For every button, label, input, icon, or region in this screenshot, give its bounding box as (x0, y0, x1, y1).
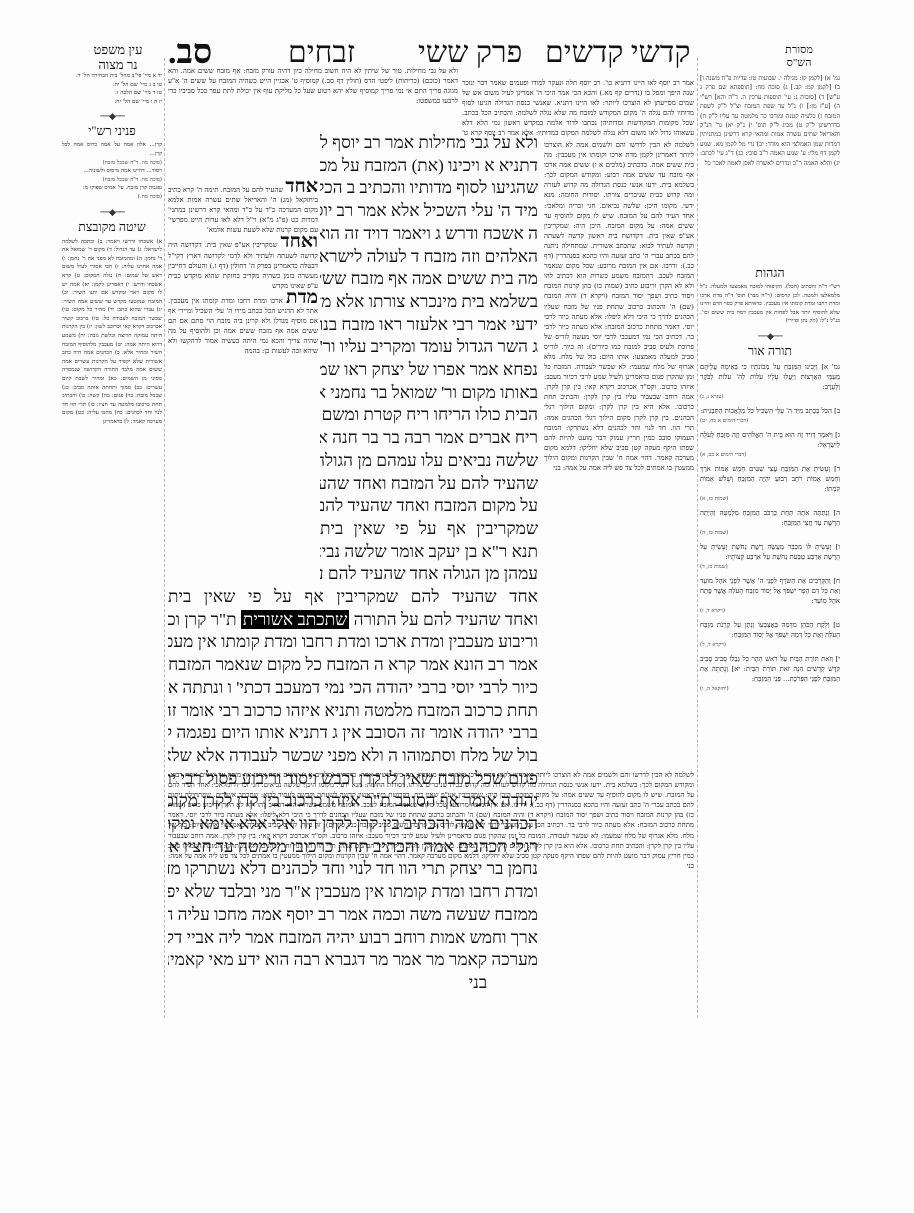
torah-or-verse: ו] וְעָשִׂיתָ לּוֹ מִכְבָּר מַעֲשֵׂה רֶש… (700, 542, 840, 572)
peninei-rashi-item: קרן... אלון אמה על אמה כרוס אמה לכל קרן.… (62, 141, 162, 158)
ein-mishpat-item: טו ב ג מיי' שם הל' יח: (62, 81, 162, 90)
verse-ref: (יחזקאל ה, ו) (700, 684, 840, 694)
ein-mishpat-item: יז ה ו מיי' שם הל' יח: (62, 98, 162, 107)
hagahot-title: הגהות (700, 266, 840, 281)
gemara-line: מיד ה' עלי השכיל אלא אמר רב יוסף קרא (320, 200, 538, 223)
peninei-rashi-title: פניני רש"י (62, 124, 162, 139)
peninei-rashi-list: קרן... אלון אמה על אמה כרוס אמה לכל קרן.… (62, 141, 162, 201)
torah-or-verse: גמ' א] וַיָּכִינוּ הַמִּזְבֵּחַ עַל מְכו… (700, 362, 840, 402)
torah-or-list: גמ' א] וַיָּכִינוּ הַמִּזְבֵּחַ עַל מְכו… (700, 362, 840, 694)
peninei-rashi-ref: (סוכה מח.) (62, 193, 162, 202)
torah-or-verse: ה] וְנָתַתָּה אֹתָהּ תַּחַת כַּרְכֹּב הַ… (700, 508, 840, 538)
mesoret-title: מסורת (764, 44, 834, 57)
chapter-name: קדשי קדשים (545, 38, 690, 68)
gemara-line-highlight: ואחד שהעיד להם על התורה שתכתב אשורית ת"ר… (168, 609, 538, 632)
rashi-text: לשלמה לא הבין לדרשו והם ולשמים אמה לא הו… (544, 141, 694, 472)
gemara-line: מה בית ששים אמה אף מזבח ששים אמה (320, 268, 538, 291)
ornament-divider-icon: ──◆── (700, 332, 840, 342)
gemara-line: ריח אברים אמר רבה בר בר חנה א"ר יוחנן (320, 427, 538, 450)
shita-mekubetzet-text: א) אשכחו ודרשו ויאמר: ב) וכתבה לשלמה ליש… (62, 238, 162, 878)
gemara-line: שמקריבין אף על פי שאין בית (320, 518, 538, 541)
ein-mishpat-item: טז ד מיי' שם הלכה ז: (62, 89, 162, 98)
verse-text: ג] וַיֹּאמֶר דָּוִיד זֶה הוּא בֵּית ה' ה… (700, 431, 840, 449)
ein-mishpat-item: יד א מיי' פי"ב מהל' בית הבחירה הל' ד: (62, 72, 162, 81)
verse-text: גמ' א] וַיָּכִינוּ הַמִּזְבֵּחַ עַל מְכו… (700, 363, 840, 391)
ornament-divider-icon: ──◆── (62, 112, 162, 122)
gemara-line: על מקום המזבח ואחד שהעיד להם (320, 495, 538, 518)
tosafot-middat-text: ארכו ומדת רחבו ומדת קומתו אין מעכבין. את… (168, 297, 318, 355)
shita-mekubetzet-title: שיטה מקובצת (62, 220, 162, 235)
tosafot-achad-heading: אחד (285, 176, 318, 197)
gemara-line: שהעיד להם על המזבח ואחד שהעיד להם (320, 473, 538, 496)
ner-mitzvah-title: נר מצוה (88, 57, 148, 72)
rashi-column: אמר רב יוסף לאו היינו דתניא כו'. רב יוסף… (462, 78, 694, 140)
verse-text: ה] וְנָתַתָּה אֹתָהּ תַּחַת כַּרְכֹּב הַ… (700, 509, 840, 527)
hashas-title: הש"ס (764, 57, 834, 70)
rashi-bottom-text: לשלמה לא הבין לדרשו והם ולשמים אמה לא הו… (168, 771, 694, 870)
gemara-line: ג השר הגדול עומד ומקריב עליו ור' יצחק (320, 336, 538, 359)
ornament-divider-icon: ──◆── (62, 208, 162, 218)
verse-ref: (דברי הימים א כב, א) (700, 450, 840, 460)
gemara-line: בול של מלח וסתמוהו ה ולא מפני שכשר לעבוד… (168, 745, 538, 768)
torah-or-verse: ד] וְעָשִׂיתָ אֶת הַמִּזְבֵּחַ עֲצֵי שִׁ… (700, 464, 840, 504)
gemara-line: אמר רב הונא אמר קרא ה המזבח כל מקום שנאמ… (168, 654, 538, 677)
verse-text: ו] וְעָשִׂיתָ לּוֹ מִכְבָּר מַעֲשֵׂה רֶש… (700, 543, 840, 561)
gemara-line: באותו מקום ור' שמואל בר נחמני אמר מכל (320, 382, 538, 405)
tosafot-intro-text: ולא על גבי מחילות. טור של שיתין לא היה ח… (168, 67, 458, 105)
peninei-rashi-item: ויסוד... דהיינו אמה מיסוס ולשוניה... (62, 167, 162, 176)
gemara-line: דתניא א ויכינו (את) המזבח על מכונותיו (320, 155, 538, 178)
highlighted-phrase: שתכתב אשורית (241, 610, 349, 629)
verse-ref: (ויקרא ד, ז) (700, 606, 840, 616)
tosafot-column: ולא על גבי מחילות. טור של שיתין לא היה ח… (168, 66, 458, 106)
torah-or-verse: ג] וַיֹּאמֶר דָּוִיד זֶה הוּא בֵּית ה' ה… (700, 430, 840, 460)
ein-mishpat-title: עין משפט (88, 42, 148, 57)
tosafot-middat-heading: מדת (286, 287, 318, 308)
gemara-line: נפחא אמר אפרו של יצחק ראו שמונח (320, 359, 538, 382)
torah-or-title: תורה אור (700, 344, 840, 359)
verse-ref: (עזרא ג, ג) (700, 392, 840, 402)
gemara-line: בשלמא בית מינכרא צורתו אלא מזבח מנא (320, 291, 538, 314)
torah-or-verse: י] וְזֹאת תּוֹרַת הַבַּיִת עַל רֹאשׁ הָה… (700, 654, 840, 694)
left-outer-margin: יד א מיי' פי"ב מהל' בית הבחירה הל' ד: טו… (62, 72, 162, 878)
gemara-line: תחת כרכוב המזבח מלמטה ותניא איזהו כרכוב … (168, 700, 538, 723)
column-divider (164, 58, 165, 1018)
gemara-line: ברבי יהודה אומר זה הסובב אין ג דתניא אות… (168, 722, 538, 745)
verse-text: ב] הַכֹּל בִּכְתָב מִיַּד ה' עָלַי הִשְׂ… (701, 407, 840, 415)
gemara-upper: ולא על גבי מחילות אמר רב יוסף לאו היינו … (320, 132, 538, 586)
column-divider (697, 58, 698, 1018)
verse-ref: (שמות כז, ה) (700, 528, 840, 538)
ein-mishpat-heading: עין משפט נר מצוה (88, 42, 148, 72)
verse-ref: (שמות כז, ד) (700, 562, 840, 572)
verse-ref: (ויקרא ד, ל) (700, 640, 840, 650)
gemara-text: ואחד שהעיד להם על התורה (354, 610, 538, 629)
gemara-line: הבית כולו הריחו ריח קטרת ומשם הריחו (320, 404, 538, 427)
gemara-line: אחד שהעיד להם שמקריבין אף על פי שאין בית (168, 586, 538, 609)
gemara-line: תנא ר"א בן יעקב אומר שלשה נביאים עלו (320, 541, 538, 564)
gemara-line: שהגיעו לסוף מדותיו והכתיב ב הכל בכתב (320, 177, 538, 200)
peninei-rashi-item: נפגמה קרן מזבח. עי' אמיס שפוקו מ: (62, 184, 162, 193)
torah-or-verse: ב] הַכֹּל בִּכְתָב מִיַּד ה' עָלַי הִשְׂ… (700, 406, 840, 426)
rashi-continued: לשלמה לא הבין לדרשו והם ולשמים אמה לא הו… (544, 140, 694, 765)
chapter-number: פרק ששי (418, 38, 522, 68)
tractate-title: זבחים (288, 38, 355, 68)
verse-ref: (דברי הימים א כח, יט) (700, 416, 840, 426)
gemara-line: וריבוע מעכבין ומדת ארכו ומדת רחבו ומדת ק… (168, 631, 538, 654)
tosafot-veachad-heading: ואחד (281, 231, 318, 252)
rashi-bottom: לשלמה לא הבין לדרשו והם ולשמים אמה לא הו… (168, 770, 694, 1020)
peninei-rashi-ref: (סוכה מה. ד"ה שבכל מזבח) (62, 159, 162, 168)
tosafot-intro: ולא על גבי מחילות. טור של שיתין לא היה ח… (168, 66, 458, 106)
mesoret-hashas-heading: מסורת הש"ס (764, 44, 834, 70)
verse-text: ד] וְעָשִׂיתָ אֶת הַמִּזְבֵּחַ עֲצֵי שִׁ… (700, 465, 840, 493)
tosafot-lower: אחד שהעיד להם על המזבח. תימה ה' קרא כתיב… (168, 182, 318, 357)
peninei-rashi-ref: (סוכה מה. ד"ה שבכל מזבח) (62, 176, 162, 185)
verse-ref: (שמות כז, א) (700, 494, 840, 504)
gemara-line: ה אשכח ודרש ג ויאמר דויד זה הוא בית ה' (320, 223, 538, 246)
tosafot-middat: מדת ארכו ומדת רחבו ומדת קומתו אין מעכבין… (168, 293, 318, 357)
torah-or-verse: ח] וְהַקָּרָבִים אֵת הַשֹּׂרֶף לִפְנֵי ה… (700, 576, 840, 616)
tosafot-veachad: ואחד שמקריבין אע"פ שאין בית. דקדושה היה … (168, 237, 318, 290)
gemara-text: ת"ר קרן וכבש ויסוד (168, 610, 237, 629)
rashi-intro: אמר רב יוסף לאו היינו דתניא כו'. רב יוסף… (462, 79, 694, 140)
gemara-line: ידעי אמר רבי אלעזר ראו מזבח בנוי ומיכאל (320, 314, 538, 337)
gemara-line: עמהן מן הגולה אחד שהעיד להם על המזבח (320, 563, 538, 586)
ein-mishpat-list: יד א מיי' פי"ב מהל' בית הבחירה הל' ד: טו… (62, 72, 162, 106)
verse-text: ט] וְלָקַח הַכֹּהֵן מִדָּמָהּ בְּאֶצְבָּ… (700, 621, 840, 639)
mesoret-hashas-text: גמ' א) [לקמן קז: מגילה י. שבועות טז: עדי… (700, 74, 840, 260)
verse-text: ח] וְהַקָּרָבִים אֵת הַשֹּׂרֶף לִפְנֵי ה… (700, 577, 840, 605)
torah-or-verse: ט] וְלָקַח הַכֹּהֵן מִדָּמָהּ בְּאֶצְבָּ… (700, 620, 840, 650)
hagahot-text: רש"י ד"ה והכתיב (הכל). הקיפוהו למזבח מאמ… (700, 283, 840, 326)
verse-text: י] וְזֹאת תּוֹרַת הַבַּיִת עַל רֹאשׁ הָה… (700, 655, 840, 683)
tosafot-achad: אחד שהעיד להם על המזבח. תימה ה' קרא כתיב… (168, 182, 318, 235)
gemara-line: האלהים וזה מזבח ד לעולה לישראל כי בית (320, 246, 538, 269)
right-outer-margin: גמ' א) [לקמן קז: מגילה י. שבועות טז: עדי… (700, 74, 840, 694)
gemara-line: שלשה נביאים עלו עמהם מן הגולה אחד (320, 450, 538, 473)
gemara-line: כיור לרבי יוסי ברבי יהודה הכי נמי דמעכב … (168, 677, 538, 700)
